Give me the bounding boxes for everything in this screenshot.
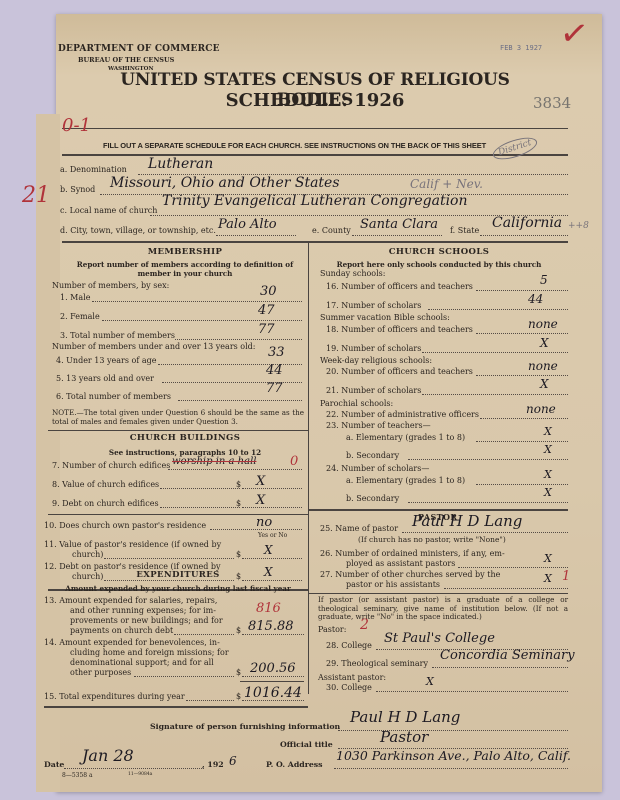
total-by-age-count[interactable]: 77 bbox=[266, 382, 283, 395]
item21-value[interactable]: X bbox=[540, 378, 549, 390]
po-address-value[interactable]: 1030 Parkinson Ave., Palo Alto, Calif. bbox=[336, 750, 571, 763]
item19-value[interactable]: X bbox=[540, 337, 549, 349]
item13-line4: payments on church debt bbox=[70, 627, 173, 635]
item26-label-2: ployed as assistant pastors bbox=[346, 560, 455, 568]
item27-red-mark: 1 bbox=[562, 570, 570, 583]
members-by-age-label: Number of members under and over 13 year… bbox=[52, 343, 255, 351]
signature-value[interactable]: Paul H D Lang bbox=[350, 710, 460, 725]
item27-label-2: pastor or his assistants bbox=[346, 581, 440, 589]
item22-label: 22. Number of administrative officers bbox=[326, 411, 479, 419]
edifices-value-label: 8. Value of church edifices bbox=[52, 481, 159, 489]
county-value[interactable]: Santa Clara bbox=[360, 218, 438, 231]
membership-heading: MEMBERSHIP bbox=[62, 247, 308, 257]
item24a-value[interactable]: X bbox=[544, 469, 552, 480]
official-title-label: Official title bbox=[280, 741, 333, 749]
edifices-count-label: 7. Number of church edifices bbox=[52, 462, 170, 470]
item24b-label: b. Secondary bbox=[346, 495, 399, 503]
item19-label: 19. Number of scholars bbox=[326, 345, 421, 353]
female-count[interactable]: 47 bbox=[258, 304, 275, 317]
item29-value[interactable]: Concordia Seminary bbox=[440, 649, 575, 662]
currency-sign: $ bbox=[236, 551, 241, 559]
po-address-label: P. O. Address bbox=[266, 761, 323, 769]
item16-value[interactable]: 5 bbox=[540, 274, 548, 286]
edifices-debt-label: 9. Debt on church edifices bbox=[52, 500, 159, 508]
date-value[interactable]: Jan 28 bbox=[82, 748, 134, 764]
item14-amount[interactable]: 200.56 bbox=[250, 662, 296, 675]
county-label: e. County bbox=[312, 227, 351, 235]
item13-line1: 13. Amount expended for salaries, repair… bbox=[44, 597, 217, 605]
item23b-label: b. Secondary bbox=[346, 452, 399, 460]
state-label: f. State bbox=[450, 227, 479, 235]
item24a-label: a. Elementary (grades 1 to 8) bbox=[346, 477, 465, 485]
summer-schools-label: Summer vacation Bible schools: bbox=[320, 314, 450, 322]
schools-heading: CHURCH SCHOOLS bbox=[310, 247, 568, 257]
item24b-value[interactable]: X bbox=[544, 487, 552, 498]
official-title-value[interactable]: Pastor bbox=[380, 730, 428, 745]
item23-label: 23. Number of teachers— bbox=[326, 422, 431, 430]
parochial-schools-label: Parochial schools: bbox=[320, 400, 393, 408]
pastor-name-hint: (If church has no pastor, write "None") bbox=[358, 536, 506, 544]
pastor-red-mark: 2 bbox=[360, 618, 369, 632]
item29-label: 29. Theological seminary bbox=[326, 660, 428, 668]
received-date-stamp: FEB 3 1927 bbox=[500, 44, 542, 52]
item26-value[interactable]: X bbox=[544, 553, 552, 564]
under-13-count[interactable]: 33 bbox=[268, 346, 285, 359]
instruction-banner: FILL OUT A SEPARATE SCHEDULE FOR EACH CH… bbox=[103, 141, 486, 150]
margin-mark-left: 21 bbox=[22, 185, 50, 207]
synod-annotation: Calif + Nev. bbox=[410, 178, 483, 190]
local-name-value[interactable]: Trinity Evangelical Lutheran Congregatio… bbox=[162, 194, 468, 208]
total-members-label: 3. Total number of members bbox=[60, 332, 175, 340]
red-check-mark: ✓ bbox=[557, 12, 591, 56]
item17-label: 17. Number of scholars bbox=[326, 302, 421, 310]
schedule-number: 3834 bbox=[533, 94, 571, 112]
members-by-sex-label: Number of members, by sex: bbox=[52, 282, 169, 290]
form-code-2: 11—9084a bbox=[128, 773, 152, 778]
residence-value-label: 11. Value of pastor's residence (if owne… bbox=[44, 541, 221, 549]
state-value[interactable]: California bbox=[492, 216, 562, 230]
residence-value-amount[interactable]: X bbox=[264, 544, 273, 556]
item15-total-amount[interactable]: 1016.44 bbox=[244, 686, 302, 700]
edifices-value-amount[interactable]: X bbox=[256, 475, 265, 488]
over-13-label: 5. 13 years old and over bbox=[56, 375, 154, 383]
sunday-schools-label: Sunday schools: bbox=[320, 270, 385, 278]
year-suffix[interactable]: 6 bbox=[229, 755, 237, 767]
item14-line3: denominational support; and for all bbox=[70, 659, 214, 667]
item28-value[interactable]: St Paul's College bbox=[384, 632, 495, 645]
expenditures-heading: EXPENDITURES bbox=[48, 570, 308, 580]
item13-amount[interactable]: 815.88 bbox=[248, 620, 294, 633]
graduate-note: If pastor (or assistant pastor) is a gra… bbox=[318, 596, 568, 622]
item30-label: 30. College bbox=[326, 684, 372, 692]
item14-line1: 14. Amount expended for benevolences, in… bbox=[44, 639, 220, 647]
total-members-count[interactable]: 77 bbox=[258, 323, 275, 336]
currency-sign: $ bbox=[236, 693, 241, 701]
local-name-label: c. Local name of church bbox=[60, 207, 157, 215]
under-13-label: 4. Under 13 years of age bbox=[56, 357, 156, 365]
date-label: Date bbox=[44, 761, 64, 769]
edifices-count-value[interactable]: worship in a hall bbox=[172, 457, 256, 467]
female-label: 2. Female bbox=[60, 313, 100, 321]
item23a-label: a. Elementary (grades 1 to 8) bbox=[346, 434, 465, 442]
item16-label: 16. Number of officers and teachers bbox=[326, 283, 473, 291]
membership-note: NOTE.—The total given under Question 6 s… bbox=[52, 409, 304, 426]
denomination-label: a. Denomination bbox=[60, 166, 127, 174]
item17-value[interactable]: 44 bbox=[528, 293, 543, 305]
edifices-debt-amount[interactable]: X bbox=[256, 494, 265, 507]
signature-label: Signature of person furnishing informati… bbox=[150, 723, 340, 731]
male-label: 1. Male bbox=[60, 294, 90, 302]
item14-line4: other purposes bbox=[70, 669, 131, 677]
buildings-heading: CHURCH BUILDINGS bbox=[62, 433, 308, 443]
bureau-name: BUREAU OF THE CENSUS bbox=[78, 56, 174, 64]
item15-label: 15. Total expenditures during year bbox=[44, 693, 185, 701]
total-by-age-label: 6. Total number of members bbox=[56, 393, 171, 401]
item26-label: 26. Number of ordained ministers, if any… bbox=[320, 550, 505, 558]
membership-subheading: Report number of members according to de… bbox=[66, 260, 304, 278]
yes-no-hint: Yes or No bbox=[258, 533, 287, 539]
item13-line2: and other running expenses; for im- bbox=[70, 607, 216, 615]
expenditures-subheading: Amount expended by your church during la… bbox=[48, 584, 308, 593]
item13-red-total: 816 bbox=[256, 602, 281, 615]
state-pencil-note: ++8 bbox=[568, 222, 589, 231]
currency-sign: $ bbox=[236, 627, 241, 635]
schools-subheading: Report here only schools conducted by th… bbox=[310, 260, 568, 269]
year-prefix: , 192 bbox=[202, 761, 224, 769]
form-code-1: 8—5358 a bbox=[62, 773, 93, 779]
item20-value[interactable]: none bbox=[528, 360, 558, 372]
city-value[interactable]: Palo Alto bbox=[218, 218, 277, 231]
item27-label: 27. Number of other churches served by t… bbox=[320, 571, 500, 579]
city-label: d. City, town, village, or township, etc… bbox=[60, 227, 216, 235]
item18-label: 18. Number of officers and teachers bbox=[326, 326, 473, 334]
item18-value[interactable]: none bbox=[528, 318, 558, 330]
denomination-value[interactable]: Lutheran bbox=[148, 157, 213, 171]
margin-mark-top: 0-1 bbox=[62, 117, 91, 135]
item22-value: none bbox=[526, 403, 556, 415]
pastor-name-label: 25. Name of pastor bbox=[320, 525, 398, 533]
department-name: DEPARTMENT OF COMMERCE bbox=[58, 44, 220, 54]
synod-label: b. Synod bbox=[60, 186, 95, 194]
item14-line2: cluding home and foreign missions; for bbox=[70, 649, 229, 657]
item28-label: 28. College bbox=[326, 642, 372, 650]
owns-residence-label: 10. Does church own pastor's residence bbox=[44, 522, 206, 530]
assistant-pastor-label: Assistant pastor: bbox=[318, 674, 386, 682]
currency-sign: $ bbox=[236, 481, 241, 489]
over-13-count[interactable]: 44 bbox=[266, 364, 283, 377]
schedule-title: SCHEDULE: 1926 bbox=[120, 90, 510, 111]
pastor-name-value[interactable]: Paul H D Lang bbox=[412, 514, 522, 529]
item13-line3: provements or new buildings; and for bbox=[70, 617, 223, 625]
residence-value-label-2: church) bbox=[72, 551, 103, 559]
male-count[interactable]: 30 bbox=[260, 285, 277, 298]
item23a-value[interactable]: X bbox=[544, 426, 552, 437]
currency-sign: $ bbox=[236, 669, 241, 677]
item30-value[interactable]: X bbox=[426, 676, 434, 687]
item24-label: 24. Number of scholars— bbox=[326, 465, 429, 473]
currency-sign: $ bbox=[236, 500, 241, 508]
item23b-value[interactable]: X bbox=[544, 444, 552, 455]
synod-value[interactable]: Missouri, Ohio and Other States bbox=[110, 176, 340, 190]
pastor-sub-label: Pastor: bbox=[318, 626, 346, 634]
item27-value[interactable]: X bbox=[544, 573, 552, 584]
weekday-schools-label: Week-day religious schools: bbox=[320, 357, 432, 365]
item21-label: 21. Number of scholars bbox=[326, 387, 421, 395]
edifices-red-zero: 0 bbox=[290, 455, 298, 468]
owns-residence-value[interactable]: no bbox=[256, 516, 272, 529]
item20-label: 20. Number of officers and teachers bbox=[326, 368, 473, 376]
